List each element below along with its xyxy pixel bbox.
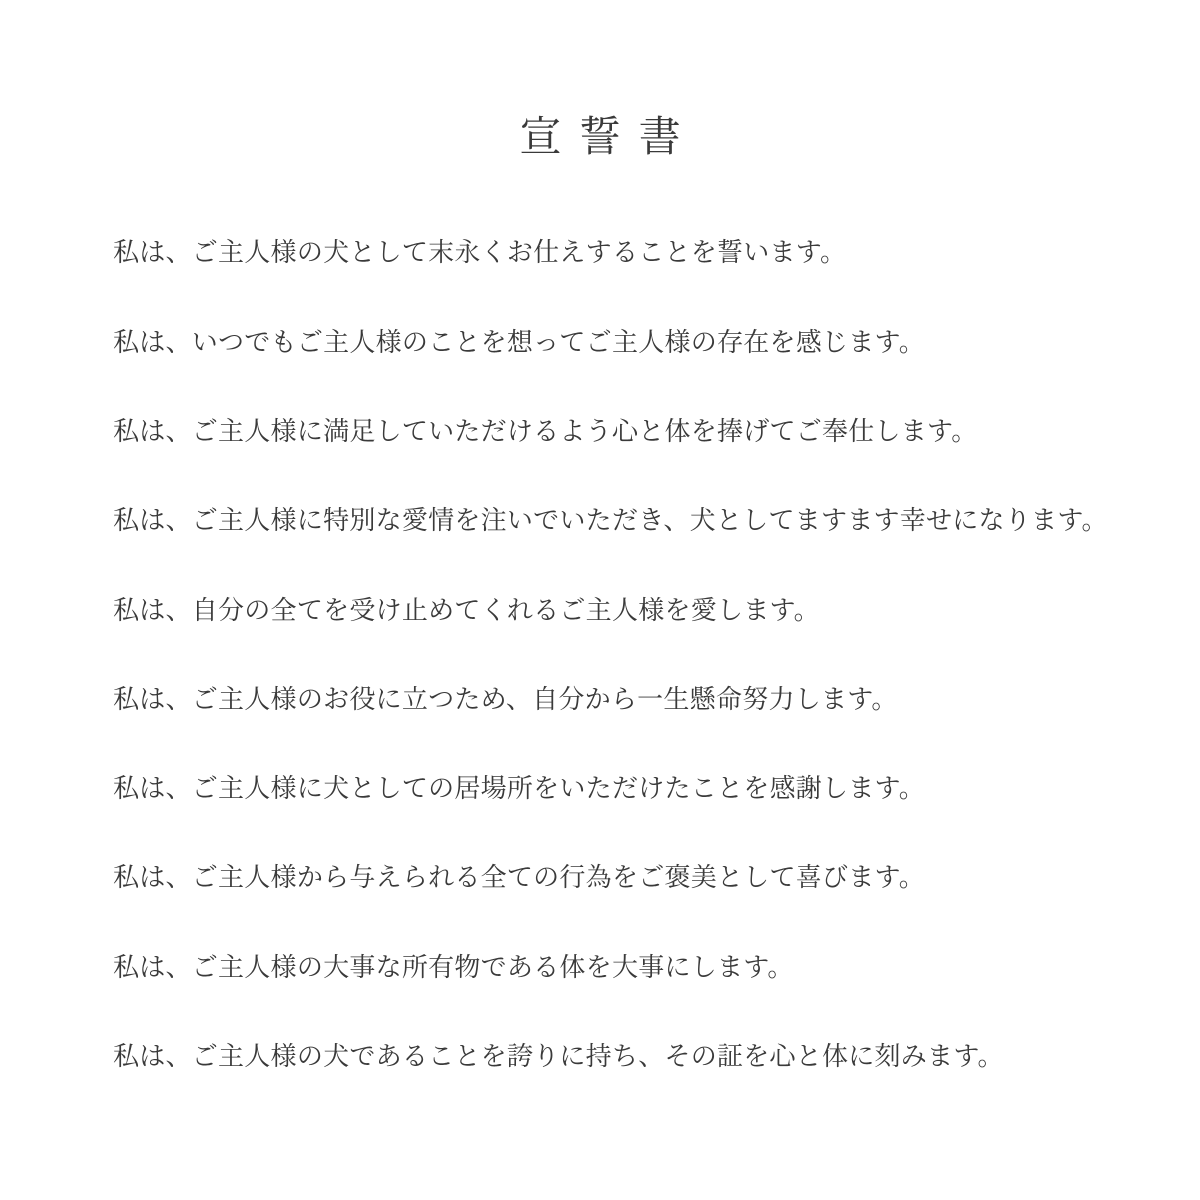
oath-body: 私は、ご主人様の犬として末永くお仕えすることを誓います。 私は、いつでもご主人様…: [0, 240, 1200, 1071]
oath-line-3: 私は、ご主人様に満足していただけるよう心と体を捧げてご奉仕します。: [113, 419, 1100, 446]
oath-line-8: 私は、ご主人様から与えられる全ての行為をご褒美として喜びます。: [113, 865, 1100, 892]
oath-line-10: 私は、ご主人様の犬であることを誇りに持ち、その証を心と体に刻みます。: [113, 1044, 1100, 1071]
oath-line-5: 私は、自分の全てを受け止めてくれるご主人様を愛します。: [113, 598, 1100, 625]
oath-line-9: 私は、ご主人様の大事な所有物である体を大事にします。: [113, 955, 1100, 982]
oath-line-1: 私は、ご主人様の犬として末永くお仕えすることを誓います。: [113, 240, 1100, 267]
oath-line-2: 私は、いつでもご主人様のことを想ってご主人様の存在を感じます。: [113, 330, 1100, 357]
oath-line-6: 私は、ご主人様のお役に立つため、自分から一生懸命努力します。: [113, 687, 1100, 714]
oath-line-4: 私は、ご主人様に特別な愛情を注いでいただき、犬としてますます幸せになります。: [113, 508, 1100, 535]
document-title: 宣誓書: [0, 0, 1200, 162]
oath-line-7: 私は、ご主人様に犬としての居場所をいただけたことを感謝します。: [113, 776, 1100, 803]
oath-document-page: 宣誓書 私は、ご主人様の犬として末永くお仕えすることを誓います。 私は、いつでも…: [0, 0, 1200, 1200]
